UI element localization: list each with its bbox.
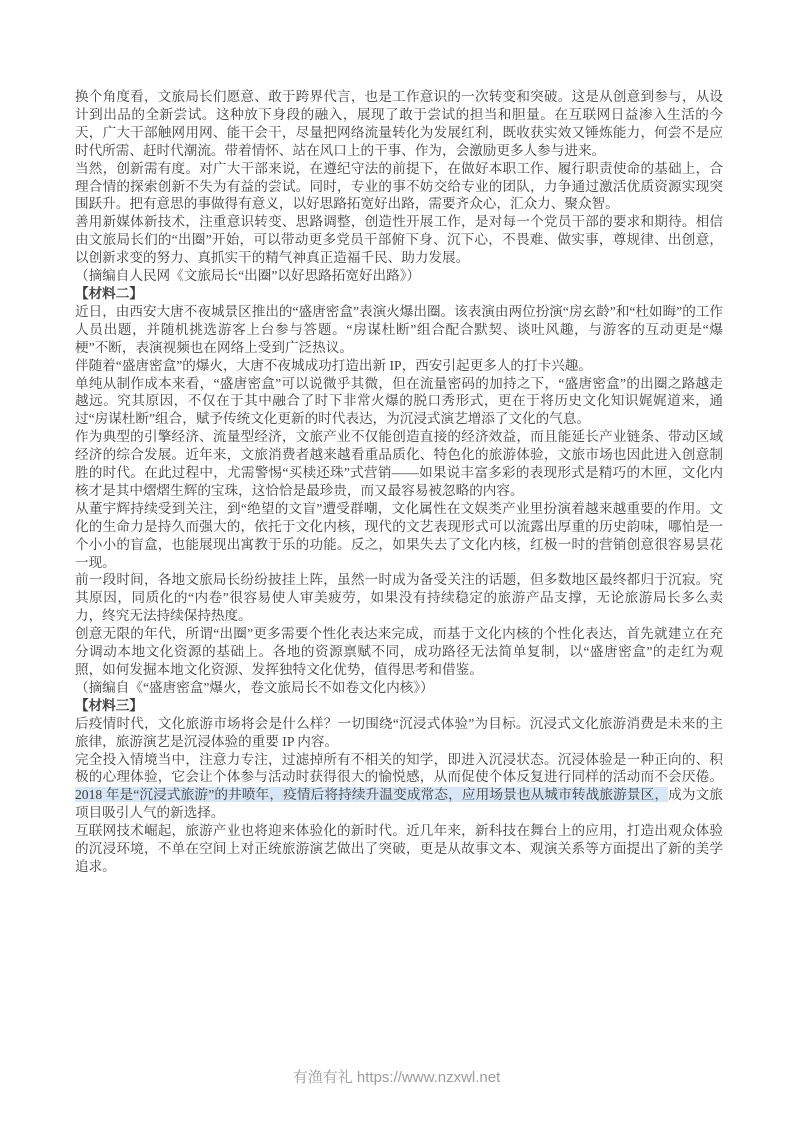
- paragraph: 善用新媒体新技术，注重意识转变、思路调整，创造性开展工作，是对每一个党员干部的要…: [75, 213, 723, 267]
- citation-source-material-one: （摘编自人民网《文旅局长“出圈”以好思路拓宽好出路》）: [75, 267, 723, 285]
- paragraph: 从董宇辉持续受到关注，到“绝望的文盲”遭受群嘲，文化属性在文娱类产业里扮演着越来…: [75, 500, 723, 572]
- paragraph: 创意无限的年代，所谓“出圈”更多需要个性化表达来完成，而基于文化内核的个性化表达…: [75, 625, 723, 679]
- highlighted-text: 2018 年是“沉浸式旅游”的井喷年，疫情后将持续升温变成常态，应用场景也从城市…: [75, 787, 668, 802]
- document-page: 换个角度看，文旅局长们愿意、敢于跨界代言，也是工作意识的一次转变和突破。这是从创…: [0, 0, 793, 1122]
- section-heading-material-two: 【材料二】: [75, 285, 723, 303]
- paragraph-with-highlight: 完全投入情境当中，注意力专注，过滤掉所有不相关的知学，即进入沉浸状态。沉浸体验是…: [75, 751, 723, 823]
- section-heading-material-three: 【材料三】: [75, 697, 723, 715]
- page-footer-watermark: 有渔有礼 https://www.nzxwl.net: [0, 1066, 793, 1087]
- document-body: 换个角度看，文旅局长们愿意、敢于跨界代言，也是工作意识的一次转变和突破。这是从创…: [75, 88, 723, 876]
- paragraph: 伴随着“盛唐密盒”的爆火，大唐不夜城成功打造出新 IP，西安引起更多人的打卡兴趣…: [75, 357, 723, 375]
- paragraph: 近日，由西安大唐不夜城景区推出的“盛唐密盒”表演火爆出圈。该表演由两位扮演“房玄…: [75, 303, 723, 357]
- paragraph-text: 完全投入情境当中，注意力专注，过滤掉所有不相关的知学，即进入沉浸状态。沉浸体验是…: [75, 752, 723, 785]
- paragraph: 互联网技术崛起，旅游产业也将迎来体验化的新时代。近几年来，新科技在舞台上的应用，…: [75, 822, 723, 876]
- paragraph: 换个角度看，文旅局长们愿意、敢于跨界代言，也是工作意识的一次转变和突破。这是从创…: [75, 88, 723, 160]
- paragraph: 作为典型的引擎经济、流量型经济，文旅产业不仅能创造直接的经济效益，而且能延长产业…: [75, 428, 723, 500]
- paragraph: 单纯从制作成本来看，“盛唐密盒”可以说微乎其微，但在流量密码的加持之下，“盛唐密…: [75, 375, 723, 429]
- paragraph: 当然，创新需有度。对广大干部来说，在遵纪守法的前提下，在做好本职工作、履行职责使…: [75, 160, 723, 214]
- citation-source-material-two: （摘编自《“盛唐密盒”爆火，卷文旅局长不如卷文化内核》）: [75, 679, 723, 697]
- paragraph: 前一段时间，各地文旅局长纷纷披挂上阵，虽然一时成为备受关注的话题，但多数地区最终…: [75, 571, 723, 625]
- paragraph: 后疫情时代，文化旅游市场将会是什么样？一切围绕“沉浸式体验”为目标。沉浸式文化旅…: [75, 715, 723, 751]
